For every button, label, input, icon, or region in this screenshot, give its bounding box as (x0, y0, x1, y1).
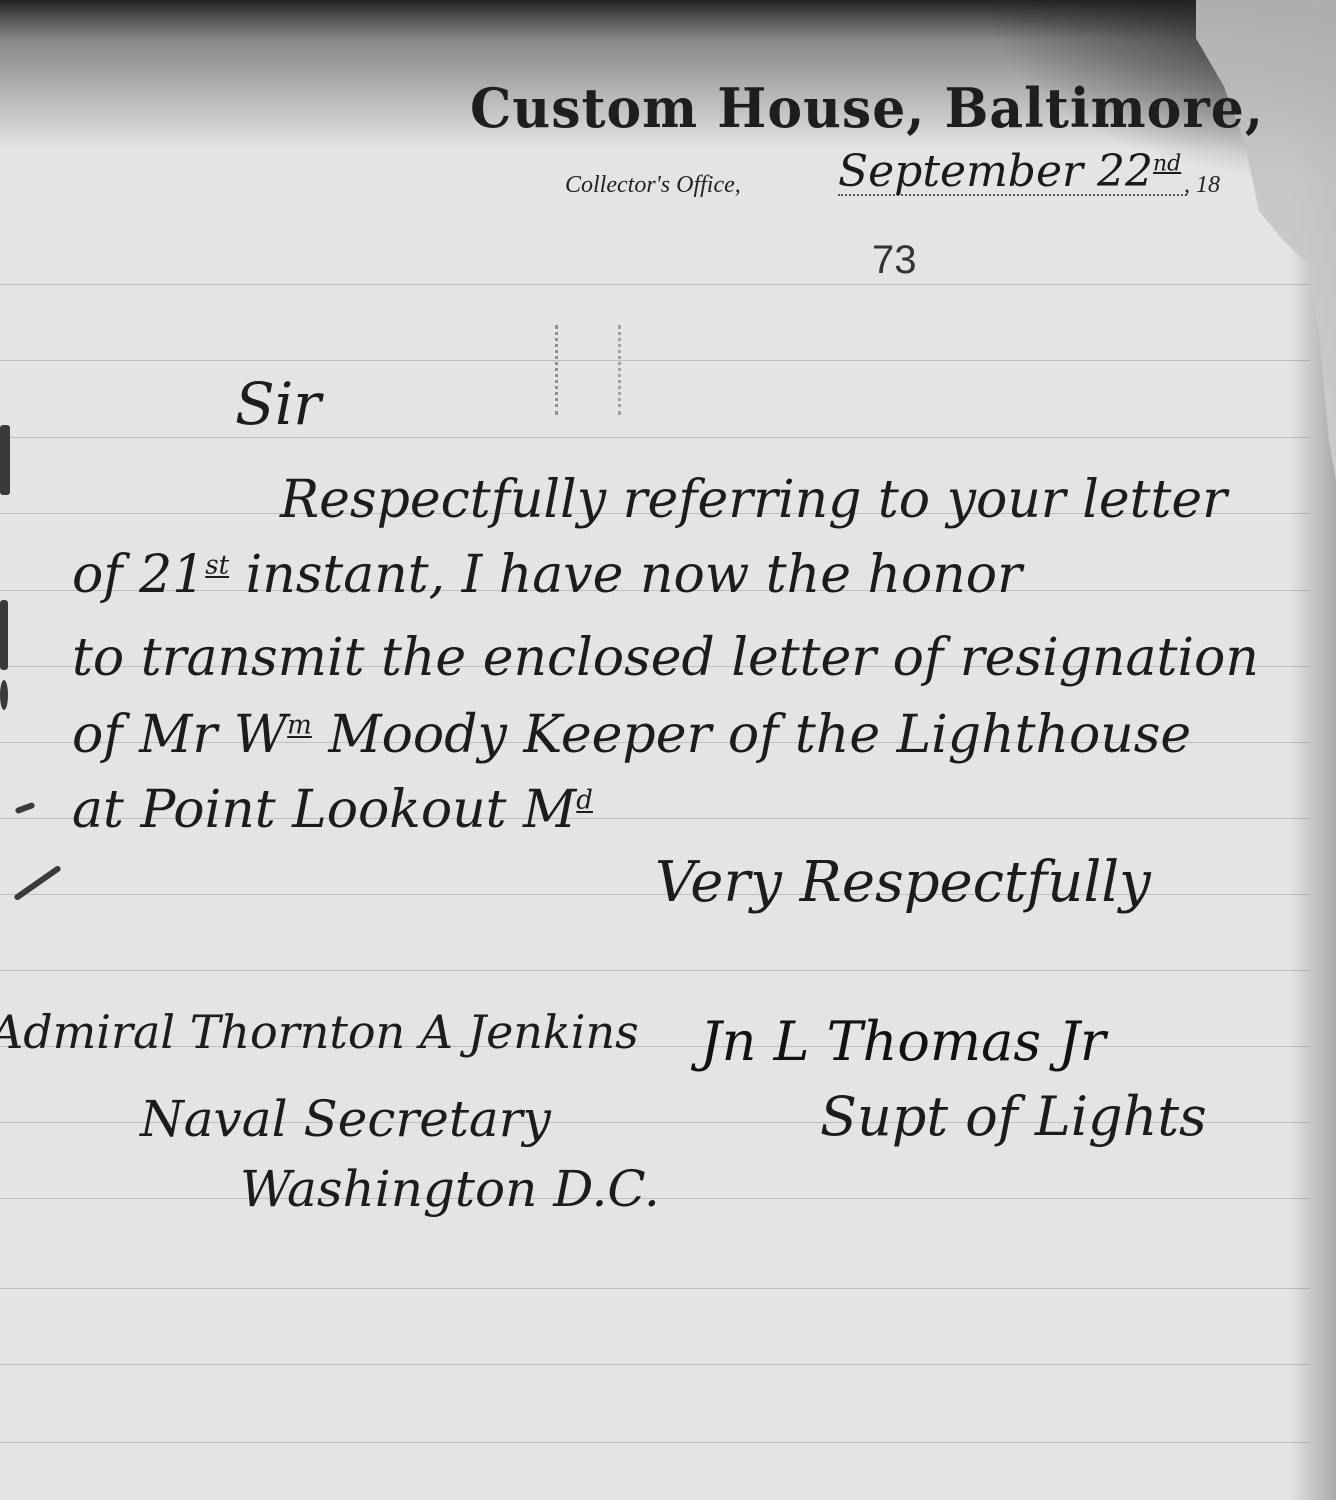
signer-title: Supt of Lights (820, 1085, 1207, 1148)
salutation: Sir (235, 370, 321, 438)
signature: Jn L Thomas Jr (700, 1010, 1106, 1073)
abbrev-suffix: m (287, 711, 312, 741)
closing: Very Respectfully (655, 850, 1151, 915)
pencil-year-note: 73 (872, 238, 917, 283)
office-label: Collector's Office, (565, 172, 741, 199)
body-line-4: of Mr Wm Moody Keeper of the Lighthouse (72, 705, 1191, 765)
faint-stamp-marks (555, 325, 621, 415)
printed-year: , 18 (1184, 172, 1220, 199)
ruled-line (0, 970, 1310, 971)
body-text: at Point Lookout M (72, 780, 576, 840)
ruled-line (0, 1364, 1310, 1365)
body-text: instant, I have now the honor (229, 545, 1022, 605)
margin-mark (0, 425, 10, 495)
margin-mark (0, 680, 8, 710)
handwritten-date: September 22nd (838, 150, 1187, 196)
abbrev-suffix: d (576, 786, 593, 816)
addressee-location: Washington D.C. (240, 1160, 660, 1218)
margin-mark (0, 600, 8, 670)
body-text: of 21 (72, 545, 205, 605)
addressee-title: Naval Secretary (140, 1090, 551, 1148)
date-text: September 22 (838, 146, 1153, 197)
body-line-3: to transmit the enclosed letter of resig… (72, 628, 1259, 688)
letterhead-title: Custom House, Baltimore, (470, 76, 1264, 140)
date-suffix: nd (1153, 151, 1181, 176)
ruled-line (0, 1288, 1310, 1289)
body-text: of Mr W (72, 705, 287, 765)
body-line-2: of 21st instant, I have now the honor (72, 545, 1022, 605)
ruled-line (0, 360, 1310, 361)
body-line-5: at Point Lookout Md (72, 780, 593, 840)
body-text: Moody Keeper of the Lighthouse (312, 705, 1191, 765)
ruled-line (0, 437, 1310, 438)
ruled-line (0, 284, 1310, 285)
body-line-1: Respectfully referring to your letter (280, 470, 1227, 530)
addressee-name: Admiral Thornton A Jenkins (0, 1005, 639, 1059)
ruled-line (0, 1442, 1310, 1443)
ordinal-suffix: st (205, 551, 229, 581)
